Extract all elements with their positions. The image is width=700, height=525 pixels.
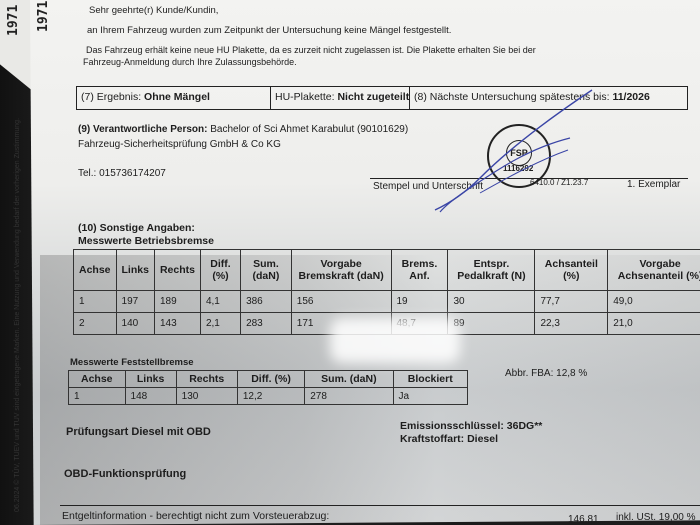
service-brake-heading: Messwerte Betriebsbremse	[78, 235, 214, 247]
next-inspection-date: 11/2026	[612, 91, 649, 103]
front-sheet-number: 1971	[36, 1, 51, 32]
plakette-cell: HU-Plakette: Nicht zugeteilt	[271, 87, 410, 109]
result-box: (7) Ergebnis: Ohne Mängel HU-Plakette: N…	[76, 86, 688, 110]
fuel-type: Kraftstoffart: Diesel	[400, 433, 498, 445]
table-header-row: AchseLinksRechtsDiff. (%)Sum. (daN)Vorga…	[74, 250, 700, 291]
salutation: Sehr geehrte(r) Kunde/Kundin,	[89, 5, 218, 16]
column-header: Achsanteil (%)	[535, 250, 608, 291]
table-cell: 189	[154, 291, 200, 313]
stamp-logo: FSP	[506, 140, 532, 166]
column-header: Blockiert	[393, 371, 467, 388]
company-name: Fahrzeug-Sicherheitsprüfung GmbH & Co KG	[78, 139, 281, 150]
table-header-row: AchseLinksRechtsDiff. (%)Sum. (daN)Block…	[69, 371, 468, 388]
table-cell: 156	[291, 291, 391, 313]
table-cell: 386	[241, 291, 292, 313]
table-cell: 2,1	[200, 313, 240, 335]
responsible-person: (9) Verantwortliche Person: Bachelor of …	[78, 124, 408, 135]
column-header: Achse	[74, 250, 117, 291]
column-header: Rechts	[154, 250, 200, 291]
fee-vat: inkl. USt. 19,00 %	[616, 512, 695, 523]
parking-brake-heading: Messwerte Feststellbremse	[70, 357, 194, 368]
copy-label: 1. Exemplar	[627, 179, 680, 190]
column-header: Links	[125, 371, 176, 388]
table-cell: 22,3	[535, 313, 608, 335]
table-cell: 77,7	[535, 291, 608, 313]
result-value: Ohne Mängel	[144, 91, 210, 103]
column-header: Rechts	[176, 371, 237, 388]
column-header: Diff. (%)	[237, 371, 304, 388]
table-cell: 19	[391, 291, 448, 313]
phone-number: Tel.: 015736174207	[78, 168, 166, 179]
table-cell: 1	[74, 291, 117, 313]
obd-function-test: OBD-Funktionsprüfung	[64, 468, 186, 480]
copyright-line: 06.2024 © TÜV, TUEV und TUV sind eingetr…	[14, 118, 21, 512]
column-header: Diff. (%)	[200, 250, 240, 291]
column-header: Links	[116, 250, 154, 291]
no-defects-line: an Ihrem Fahrzeug wurden zum Zeitpunkt d…	[87, 25, 451, 36]
table-cell: 89	[448, 313, 535, 335]
table-cell: 148	[125, 388, 176, 405]
result-cell: (7) Ergebnis: Ohne Mängel	[77, 87, 271, 109]
next-inspection-cell: (8) Nächste Untersuchung spätestens bis:…	[410, 87, 687, 109]
table-row: 11971894,1386156193077,749,0	[74, 291, 700, 313]
table-cell: Ja	[393, 388, 467, 405]
photo-glare	[330, 318, 460, 363]
column-header: Sum. (daN)	[241, 250, 292, 291]
column-header: Vorgabe Achsenanteil (%)	[608, 250, 700, 291]
parking-brake-table: AchseLinksRechtsDiff. (%)Sum. (daN)Block…	[68, 370, 468, 405]
column-header: Achse	[69, 371, 126, 388]
table-cell: 30	[448, 291, 535, 313]
fee-amount: 146,81	[568, 514, 599, 525]
table-cell: 2	[74, 313, 117, 335]
table-cell: 12,2	[237, 388, 304, 405]
table-cell: 1	[69, 388, 126, 405]
plakette-value: Nicht zugeteilt	[337, 91, 409, 103]
plakette-info-line: Das Fahrzeug erhält keine neue HU Plaket…	[86, 45, 536, 55]
stamp-number: 1116292	[503, 164, 533, 173]
test-type: Prüfungsart Diesel mit OBD	[66, 426, 211, 438]
emission-key: Emissionsschlüssel: 36DG**	[400, 420, 542, 432]
back-sheet-number: 1971	[6, 5, 21, 36]
table-cell: 4,1	[200, 291, 240, 313]
table-cell: 49,0	[608, 291, 700, 313]
plakette-info-line-2: Fahrzeug-Anmeldung durch Ihre Zulassungs…	[83, 57, 297, 67]
signature-label: Stempel und Unterschrift	[373, 181, 483, 192]
table-row: 114813012,2278Ja	[69, 388, 468, 405]
table-cell: 140	[116, 313, 154, 335]
fee-divider	[60, 505, 700, 506]
table-cell: 283	[241, 313, 292, 335]
fee-label: Entgeltinformation - berechtigt nicht zu…	[62, 510, 329, 522]
table-cell: 130	[176, 388, 237, 405]
table-cell: 278	[305, 388, 393, 405]
table-cell: 197	[116, 291, 154, 313]
column-header: Brems. Anf.	[391, 250, 448, 291]
abbr-fba: Abbr. FBA: 12,8 %	[505, 368, 587, 379]
other-info-heading: (10) Sonstige Angaben:	[78, 222, 195, 234]
column-header: Sum. (daN)	[305, 371, 393, 388]
table-cell: 21,0	[608, 313, 700, 335]
column-header: Vorgabe Bremskraft (daN)	[291, 250, 391, 291]
form-code: 6410.0 / Z1.23.7	[530, 178, 588, 187]
column-header: Entspr. Pedalkraft (N)	[448, 250, 535, 291]
table-cell: 143	[154, 313, 200, 335]
